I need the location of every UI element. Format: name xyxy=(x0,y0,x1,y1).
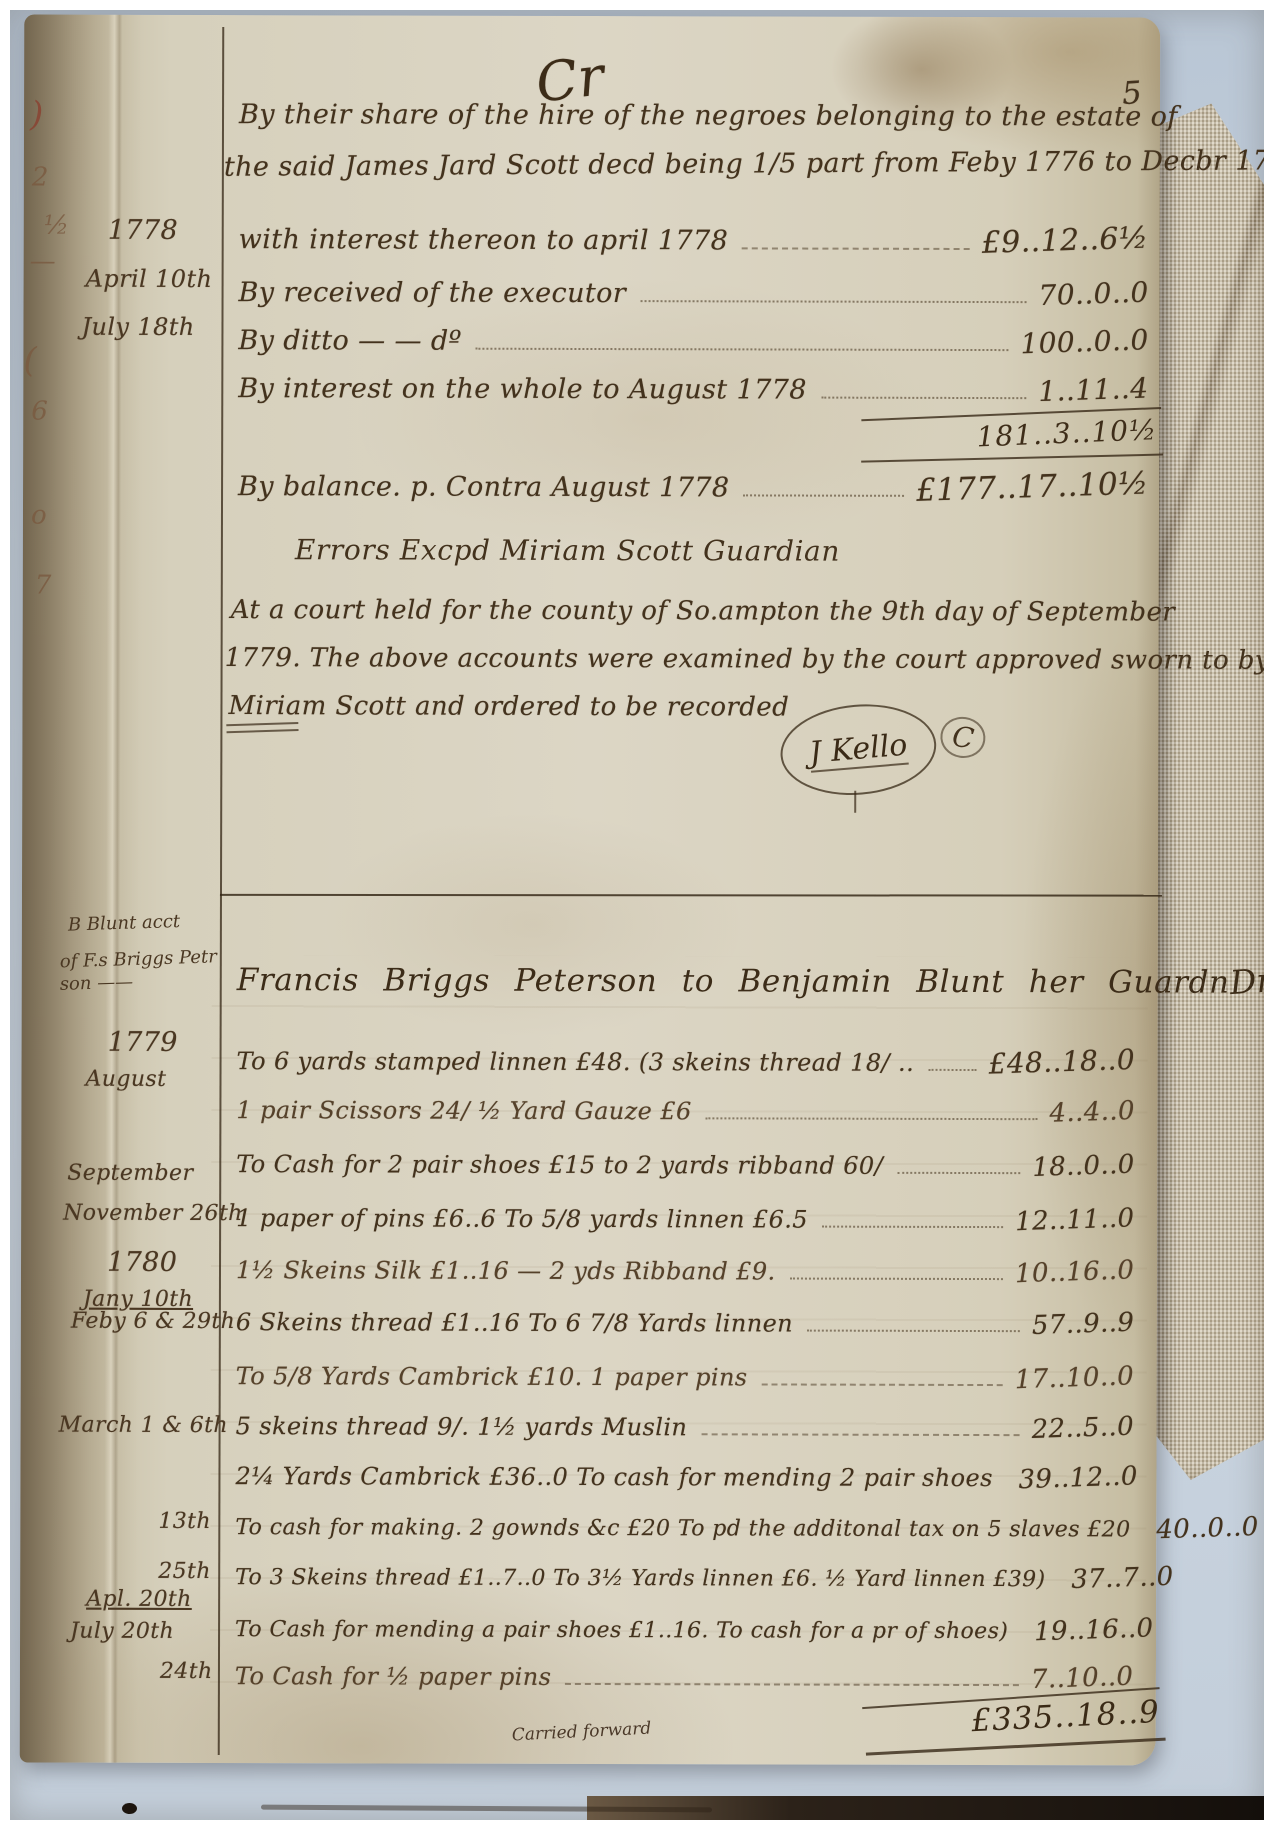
ledger-row: To Cash for ½ paper pins 7..10..0 xyxy=(235,1661,1133,1695)
margin-note: of F.s Briggs Petr xyxy=(60,946,218,972)
leader-dots xyxy=(706,1117,1037,1120)
entry-amount: £9..12..6½ xyxy=(982,221,1150,261)
cloth-binding xyxy=(1152,98,1264,1480)
entry-description: 1 pair Scissors 24/ ½ Yard Gauze £6 xyxy=(236,1096,691,1125)
margin-date: 13th xyxy=(158,1509,211,1534)
margin-date: September xyxy=(67,1161,193,1186)
leader-dots xyxy=(640,300,1026,303)
entry-description: 1½ Skeins Silk £1..16 — 2 yds Ribband £9… xyxy=(236,1256,776,1285)
entry-description: 1 paper of pins £6..6 To 5/8 yards linne… xyxy=(236,1204,808,1233)
ledger-row: 1 pair Scissors 24/ ½ Yard Gauze £6 4..4… xyxy=(236,1095,1134,1127)
entry-amount: £177..17..10½ xyxy=(915,465,1148,508)
margin-date: March 1 & 6th xyxy=(59,1413,228,1438)
margin-date: 1779 xyxy=(108,1027,178,1058)
leader-dots xyxy=(897,1172,1020,1174)
ledger-row: To Cash for mending a pair shoes £1..16.… xyxy=(235,1613,1133,1645)
entry-description: 5 skeins thread 9/. 1½ yards Muslin xyxy=(236,1412,688,1441)
ledger-row: 1½ Skeins Silk £1..16 — 2 yds Ribband £9… xyxy=(236,1255,1134,1287)
leader-dots xyxy=(821,397,1026,400)
ledger-row: To cash for making. 2 gownds &c £20 To p… xyxy=(235,1511,1133,1543)
margin-year: 1778 xyxy=(108,215,178,246)
floor-dot xyxy=(122,1803,137,1814)
entry-amount: 4..4..0 xyxy=(1048,1096,1134,1129)
photo-frame: ) 2 ½ — ( 6 o 7 Cr 5 By their share of t… xyxy=(0,0,1274,1830)
name-underline xyxy=(226,722,298,733)
entry-description: 6 Skeins thread £1..16 To 6 7/8 Yards li… xyxy=(236,1308,793,1337)
ledger-row: To 5/8 Yards Cambrick £10. 1 paper pins … xyxy=(236,1361,1134,1395)
entry-description: To 5/8 Yards Cambrick £10. 1 paper pins xyxy=(236,1362,748,1391)
margin-date: Apl. 20th xyxy=(86,1587,192,1612)
margin-date: November 26th xyxy=(63,1201,243,1226)
margin-date: July 20th xyxy=(70,1619,174,1644)
entry-description: To Cash for mending a pair shoes £1..16.… xyxy=(235,1617,1008,1644)
entry-amount: 70..0..0 xyxy=(1038,276,1149,313)
entry-amount: 40..0..0 xyxy=(1156,1512,1259,1545)
ledger-row: 1 paper of pins £6..6 To 5/8 yards linne… xyxy=(236,1203,1134,1235)
gutter-fragment: ½ xyxy=(44,211,69,241)
margin-date: July 18th xyxy=(81,313,194,341)
gutter-fragment: — xyxy=(30,247,56,277)
entry-amount: 37..7..0 xyxy=(1071,1562,1174,1595)
ledger-row: To 6 yards stamped linnen £48. (3 skeins… xyxy=(237,1043,1135,1078)
leader-dashes xyxy=(701,1433,1019,1436)
ledger-row: To 3 Skeins thread £1..7..0 To 3½ Yards … xyxy=(235,1561,1133,1593)
entry-amount: 19..16..0 xyxy=(1034,1613,1154,1647)
ledger-row: By received of the executor 70..0..0 xyxy=(239,275,1149,310)
entry-amount: 57..9..9 xyxy=(1031,1308,1134,1341)
ledger-row: By balance. p. Contra August 1778 £177..… xyxy=(238,467,1148,505)
debit-mark: Dr xyxy=(1228,960,1264,1002)
margin-date: August xyxy=(85,1067,166,1092)
attestation-line: Errors Excpd Miriam Scott Guardian xyxy=(295,533,840,567)
gutter-fragment: o xyxy=(31,501,47,531)
entry-amount: 12..11..0 xyxy=(1014,1203,1134,1237)
margin-date: 24th xyxy=(160,1659,213,1684)
clerk-mark: C xyxy=(938,714,989,761)
gutter-fragment: 2 xyxy=(32,163,49,193)
ledger-row: By interest on the whole to August 1778 … xyxy=(238,371,1148,406)
ledger-row: 6 Skeins thread £1..16 To 6 7/8 Yards li… xyxy=(236,1307,1134,1339)
entry-amount: 1..11..4 xyxy=(1038,372,1149,409)
entry-amount: 22..5..0 xyxy=(1031,1412,1134,1445)
leader-dots xyxy=(928,1069,976,1071)
gutter-fragment: ( xyxy=(23,341,36,381)
section-divider-rule xyxy=(220,894,1162,897)
leader-dashes xyxy=(742,247,970,250)
entry-description: To Cash for ½ paper pins xyxy=(235,1662,551,1691)
gutter-fragment: 6 xyxy=(31,397,48,427)
entry-amount: 10..16..0 xyxy=(1014,1255,1134,1289)
account-title-row: Francis Briggs Peterson to Benjamin Blun… xyxy=(237,959,1152,1000)
clerk-signature-flourish: J Kello xyxy=(777,698,940,801)
gutter-fragment: 7 xyxy=(35,571,52,601)
entry-description: By ditto — — dº xyxy=(238,325,461,357)
leader-dashes xyxy=(565,1683,1018,1686)
margin-note: B Blunt acct xyxy=(68,911,181,936)
subtotal-amount: 181..3..10½ xyxy=(865,413,1158,458)
margin-note: son —— xyxy=(59,972,133,995)
entry-amount: 17..10..0 xyxy=(1014,1361,1134,1395)
entry-amount: 100..0..0 xyxy=(1020,323,1149,360)
court-order-line: At a court held for the county of So.amp… xyxy=(231,595,1175,627)
leader-dots xyxy=(743,494,903,496)
leader-dots xyxy=(476,348,1008,351)
account-title: Francis Briggs Peterson to Benjamin Blun… xyxy=(237,962,1230,1001)
entry-description: By interest on the whole to August 1778 xyxy=(238,373,807,405)
ledger-row: with interest thereon to april 1778 £9..… xyxy=(239,221,1149,259)
margin-date: 25th xyxy=(158,1559,211,1584)
entry-amount: 39..12..0 xyxy=(1018,1461,1138,1495)
estate-intro-line: the said James Jard Scott decd being 1/5… xyxy=(224,145,1264,183)
photo-backdrop: ) 2 ½ — ( 6 o 7 Cr 5 By their share of t… xyxy=(10,10,1264,1820)
ledger-row: 2¼ Yards Cambrick £36..0 To cash for men… xyxy=(235,1461,1133,1493)
leader-dashes xyxy=(762,1383,1003,1386)
carried-forward-label: Carried forward xyxy=(511,1719,651,1746)
entry-description: 2¼ Yards Cambrick £36..0 To cash for men… xyxy=(235,1462,992,1492)
margin-date: Feby 6 & 29th xyxy=(71,1309,235,1334)
clerk-signature: J Kello xyxy=(808,727,909,772)
entry-description: To Cash for 2 pair shoes £15 to 2 yards … xyxy=(236,1150,883,1180)
entry-description: To cash for making. 2 gownds &c £20 To p… xyxy=(235,1515,1130,1542)
entry-description: By received of the executor xyxy=(239,277,627,309)
ledger-page: ) 2 ½ — ( 6 o 7 Cr 5 By their share of t… xyxy=(20,15,1161,1766)
margin-date: April 10th xyxy=(86,265,213,293)
ledger-row: 5 skeins thread 9/. 1½ yards Muslin 22..… xyxy=(236,1411,1134,1445)
gutter-fragment: ) xyxy=(30,95,43,135)
entry-amount: 18..0..0 xyxy=(1031,1150,1134,1183)
estate-intro-line: By their share of the hire of the negroe… xyxy=(239,99,1178,132)
entry-description: To 6 yards stamped linnen £48. (3 skeins… xyxy=(237,1047,915,1077)
court-order-line: 1779. The above accounts were examined b… xyxy=(225,643,1264,676)
leader-dots xyxy=(790,1278,1003,1281)
leader-dots xyxy=(807,1330,1019,1333)
leader-dots xyxy=(822,1226,1003,1228)
entry-description: with interest thereon to april 1778 xyxy=(239,224,729,256)
entry-amount: £48..18..0 xyxy=(988,1043,1135,1081)
ledger-row: To Cash for 2 pair shoes £15 to 2 yards … xyxy=(236,1149,1134,1181)
entry-description: By balance. p. Contra August 1778 xyxy=(238,471,729,503)
court-order-line: Miriam Scott and ordered to be recorded xyxy=(228,691,789,722)
entry-description: To 3 Skeins thread £1..7..0 To 3½ Yards … xyxy=(235,1565,1045,1592)
ledger-row: By ditto — — dº 100..0..0 xyxy=(238,323,1148,358)
signature-tail xyxy=(854,791,856,813)
margin-date: 1780 xyxy=(107,1247,177,1278)
